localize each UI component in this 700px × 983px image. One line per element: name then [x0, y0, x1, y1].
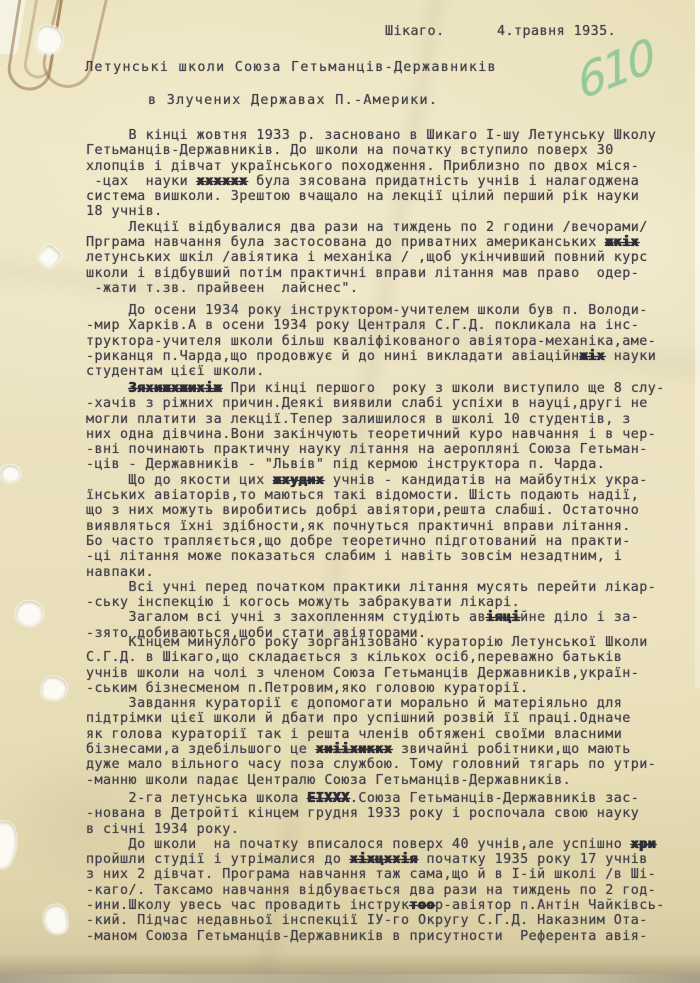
typewritten-line: їнських авіаторів,то маються такі відомо…	[86, 488, 698, 503]
paper-right-edge	[695, 0, 700, 688]
punch-hole	[16, 601, 43, 626]
typewritten-line: студентам цієї школи.	[86, 364, 698, 379]
typewritten-line: -маном Союза Гетьманців-Державників в пр…	[86, 929, 698, 944]
typewritten-line: школи і відбувший потім практичні вправи…	[86, 266, 698, 281]
typewritten-line: -мир Харків.А в осени 1934 року Централя…	[86, 318, 698, 333]
typewritten-line: Загалом всі учні з захопленням студіють …	[86, 610, 698, 625]
typewritten-line: Бо часто трапляється,що добре теоретично…	[86, 534, 698, 549]
typewritten-line: труктора-учителя школи більш кваліфікова…	[86, 334, 698, 349]
typewritten-line: Кінцем минулого року зорганізовано курат…	[86, 635, 698, 650]
punch-hole	[42, 903, 69, 935]
punch-hole	[36, 243, 63, 270]
typewritten-line: -каго/. Таксамо навчання відбувається дв…	[86, 883, 698, 898]
typewritten-line: -ці літання може показаться слабим і нав…	[86, 549, 698, 564]
typewritten-line: пройшли студії і утрімалися до хіхцххія …	[86, 852, 698, 867]
typewritten-line: -ини.Школу увесь час провадить інструкто…	[86, 898, 698, 913]
struck-out-text: хиііхиккх	[316, 742, 393, 757]
typewritten-line: До школи на початку вписалося поверх 40 …	[86, 837, 698, 852]
typewritten-line: в січні 1934 року.	[86, 822, 698, 837]
typewritten-line: -вні починають практичну науку літання н…	[86, 442, 698, 457]
typewritten-line: -ським бізнесменом п.Петровим,яко голово…	[86, 681, 698, 696]
typewritten-line: -риканця п.Чарда,що продовжує й до нині …	[86, 349, 698, 364]
scanned-document-page: Шікаго. 4.травня 1935. Летунські школи С…	[0, 0, 700, 983]
typewritten-line: що з них можуть виробитись добрі авіятор…	[86, 503, 698, 518]
typewritten-line: як голова кураторії так і решта членів о…	[86, 727, 698, 742]
typewritten-line: система вишколи. Зрештою вчащало на лекц…	[86, 189, 698, 204]
typewritten-line: могли платити за лекції.Тепер залишилося…	[86, 412, 698, 427]
punch-hole	[40, 674, 70, 702]
document-title-line-1: Летунські школи Союза Гетьманців-Державн…	[85, 60, 497, 75]
punch-hole	[33, 23, 65, 56]
header-place: Шікаго.	[385, 24, 445, 39]
typewritten-line: Завдання кураторії є допомогати морально…	[86, 696, 698, 711]
paper-bottom-edge	[0, 974, 700, 983]
punch-hole	[0, 462, 22, 484]
struck-out-text: ЕІХХХ	[307, 791, 350, 806]
typewritten-line: -манню школи падає Централю Союза Гетьма…	[86, 773, 698, 788]
typewritten-line: хлопців і дівчат українського походження…	[86, 159, 698, 174]
paper-tear	[0, 821, 18, 868]
typewritten-line: До осени 1934 року інструктором-учителем…	[86, 303, 698, 318]
header-date: 4.травня 1935.	[497, 24, 616, 39]
struck-out-text: хххххх	[197, 174, 248, 189]
typewritten-block: Зяхижхжихіж При кінці першого року з шко…	[86, 381, 698, 641]
typewritten-line: навпаки.	[86, 565, 698, 580]
struck-out-text: жіх	[580, 349, 606, 364]
typewritten-line: Що до якости цих жхудих учнів - кандидат…	[86, 473, 698, 488]
typewritten-line: них одна дівчина.Вони закінчують теорети…	[86, 427, 698, 442]
typewritten-line: учнів школи на чолі з членом Союза Гетьм…	[86, 666, 698, 681]
typewritten-line: з них 2 дівчат. Програма навчання таж са…	[86, 867, 698, 882]
typewritten-block: Кінцем минулого року зорганізовано курат…	[86, 635, 698, 788]
typewritten-block: 2-га летунська школа ЕІХХХ.Союза Гетьман…	[86, 791, 698, 944]
struck-out-text: жхудих	[273, 473, 324, 488]
typewritten-line: -нована в Детройті кінцем грудня 1933 ро…	[86, 806, 698, 821]
typewritten-line: Прграма навчання була застосована до при…	[86, 235, 698, 250]
typewritten-line: летунських шкіл /авіятика і механіка / ,…	[86, 250, 698, 265]
typewritten-line: -хачів з ріжних причин.Деякі виявили сла…	[86, 396, 698, 411]
typewritten-line: -цах науки хххххх була зясована придатні…	[86, 174, 698, 189]
typewritten-line: Всі учні перед початком практики літання…	[86, 580, 698, 595]
typewritten-line: Лекції відбувалися два рази на тиждень п…	[86, 220, 698, 235]
struck-out-text: хіхцххія	[350, 852, 418, 867]
typewritten-block: До осени 1934 року інструктором-учителем…	[86, 303, 698, 379]
document-title-line-2: в Злучених Державах П.-Америки.	[148, 93, 438, 108]
typewritten-line: Гетьманців-Державників. До школи на поча…	[86, 143, 698, 158]
struck-out-text: тоо	[409, 898, 435, 913]
struck-out-text: Зяхижхжихіж	[129, 381, 223, 396]
typewritten-line: бізнесами,а здебільшого це хиііхиккх зви…	[86, 742, 698, 757]
typewritten-line: 2-га летунська школа ЕІХХХ.Союза Гетьман…	[86, 791, 698, 806]
struck-out-text: іяці	[486, 610, 520, 625]
typewritten-line: -ців - Державників - "Львів" під кермою …	[86, 457, 698, 472]
typewritten-line: 18 учнів.	[86, 204, 698, 219]
typewritten-line: В кінці жовтня 1933 р. засновано в Шикаг…	[86, 128, 698, 143]
typewritten-line: -ську інспекцію і когось можуть забракув…	[86, 595, 698, 610]
typewritten-line: виявляться їхні здібности,як почнуться п…	[86, 519, 698, 534]
torn-corner	[0, 0, 27, 56]
typewritten-line: підтрімки цієї школи й дбати про успішни…	[86, 711, 698, 726]
typewritten-line: Зяхижхжихіж При кінці першого року з шко…	[86, 381, 698, 396]
typewritten-line: С.Г.Д. в Шікаго,що складається з кількох…	[86, 650, 698, 665]
struck-out-text: хри	[631, 837, 657, 852]
typewritten-line: дуже мало вільного часу поза службою. То…	[86, 757, 698, 772]
typewritten-block: В кінці жовтня 1933 р. засновано в Шикаг…	[86, 128, 698, 296]
typewritten-line: -жати т.зв. прайвеен лайснес".	[86, 281, 698, 296]
typewritten-line: -кий. Підчас недавньої інспекції ІУ-го О…	[86, 913, 698, 928]
handwritten-page-number: 610	[573, 28, 657, 110]
struck-out-text: жкіх	[605, 235, 639, 250]
